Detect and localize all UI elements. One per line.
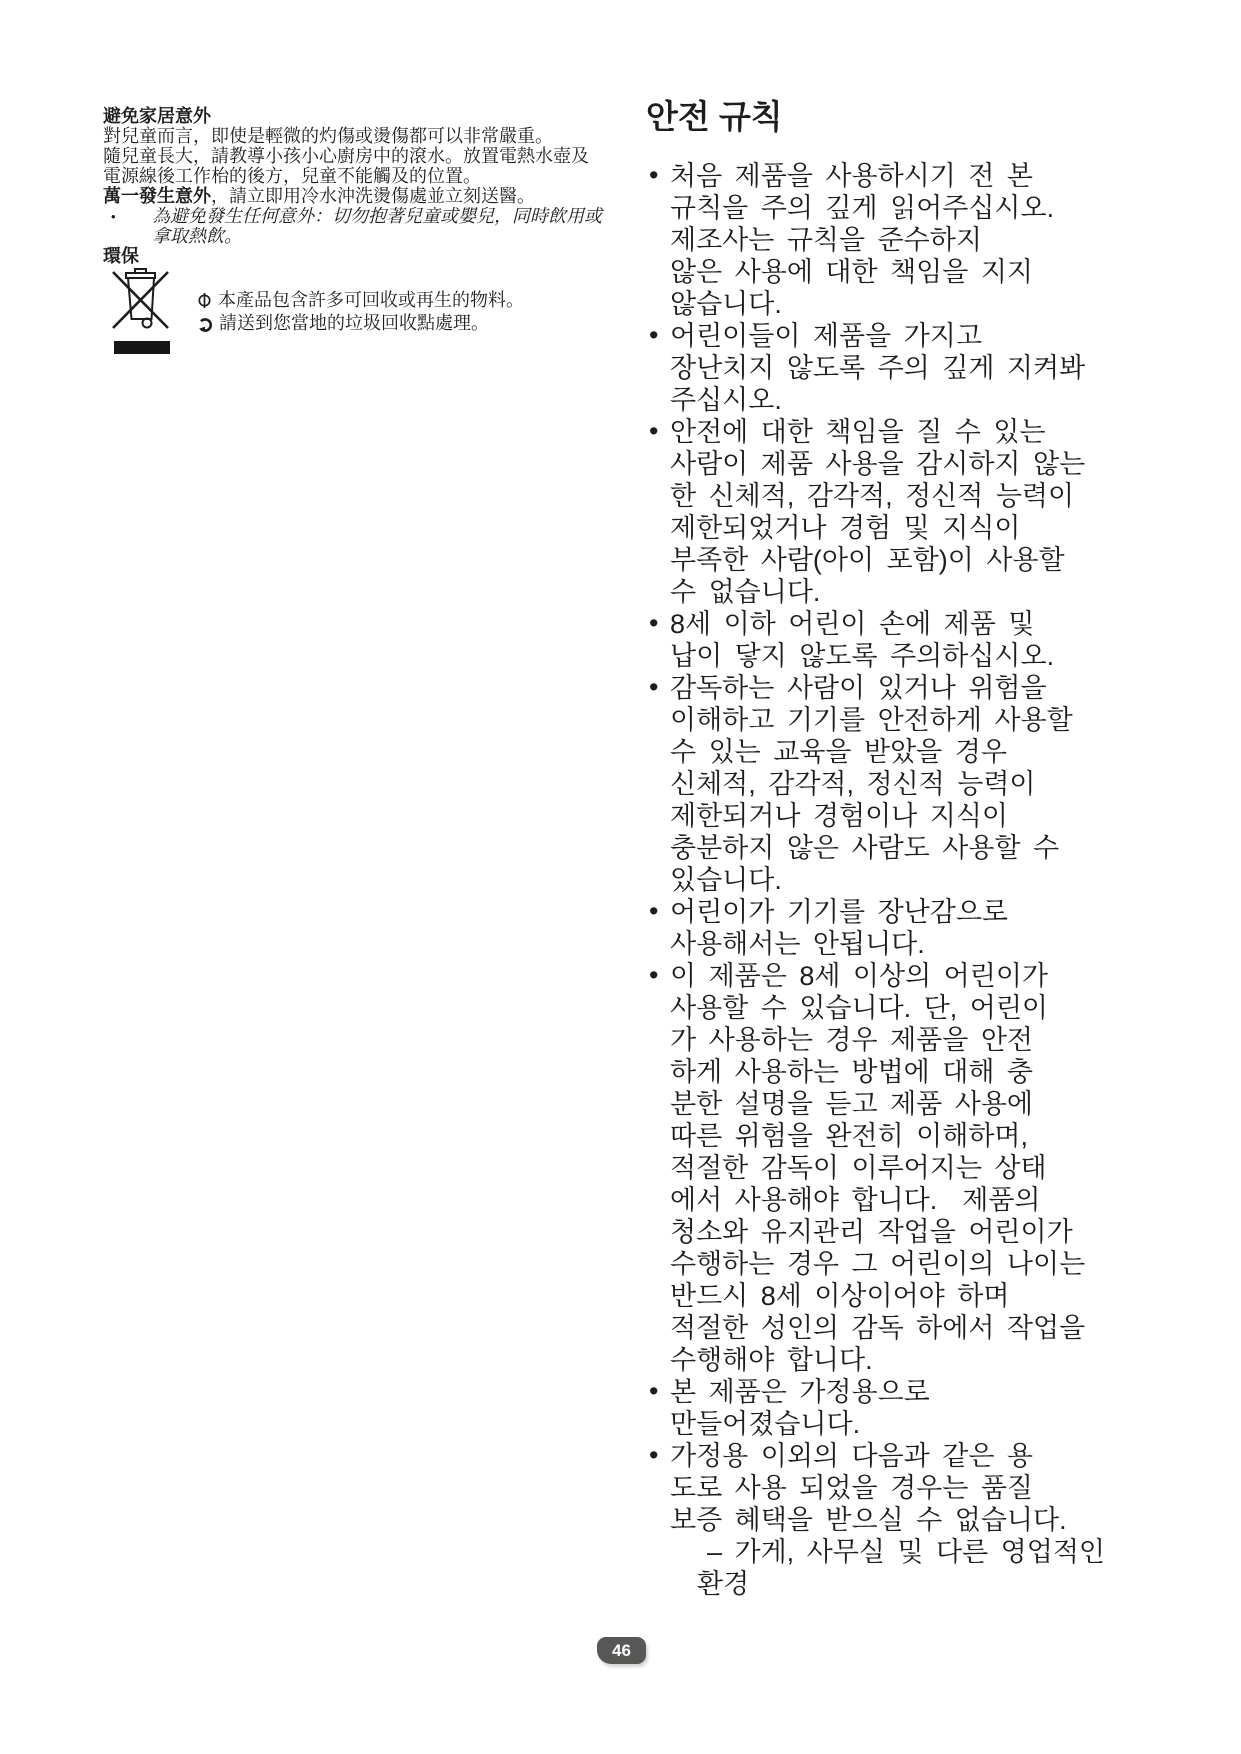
korean-line-text: 8세 이하 어린이 손에 제품 및 (670, 609, 1034, 639)
korean-text-line: 보증 혜택을 받으실 수 없습니다. (670, 1504, 1142, 1536)
korean-line-text: 적절한 성인의 감독 하에서 작업을 (670, 1313, 1085, 1343)
bullet-marker: • (649, 959, 658, 991)
korean-line-text: 따른 위험을 완전히 이해하며, (670, 1121, 1028, 1151)
heading-environment: 環保 (103, 246, 618, 267)
korean-text-line: •어린이들이 제품을 가지고 (670, 320, 1142, 352)
korean-line-text: 보증 혜택을 받으실 수 없습니다. (670, 1505, 1067, 1535)
eco-line-2: 請送到您當地的垃圾回收點處理。 (178, 293, 489, 353)
korean-text-line: – 가게, 사무실 및 다른 영업적인 (670, 1536, 1142, 1568)
korean-text-line: 한 신체적, 감각적, 정신적 능력이 (670, 480, 1142, 512)
heading-avoid-household-accidents: 避免家居意外 (103, 106, 618, 127)
korean-line-text: 제한되거나 경험이나 지식이 (670, 801, 1008, 831)
korean-line-text: 적절한 감독이 이루어지는 상태 (670, 1153, 1047, 1183)
korean-text-line: 사람이 제품 사용을 감시하지 않는 (670, 448, 1142, 480)
korean-text-line: 도로 사용 되었을 경우는 품질 (670, 1472, 1142, 1504)
korean-text-line: 따른 위험을 완전히 이해하며, (670, 1120, 1142, 1152)
korean-line-text: 청소와 유지관리 작업을 어린이가 (670, 1217, 1073, 1247)
korean-text-line: 수 있는 교육을 받았을 경우 (670, 736, 1142, 768)
chinese-italic-line: 拿取熱飲。 (103, 227, 618, 247)
korean-text-line: 사용할 수 있습니다. 단, 어린이 (670, 992, 1142, 1024)
korean-line-text: 가정용 이외의 다음과 같은 용 (670, 1441, 1033, 1471)
heading-safety-rules: 안전 규칙 (646, 99, 783, 135)
korean-text-line: 납이 닿지 않도록 주의하십시오. (670, 640, 1142, 672)
korean-text-line: 이해하고 기기를 안전하게 사용할 (670, 704, 1142, 736)
korean-text-line: 만들어졌습니다. (670, 1408, 1142, 1440)
bullet-marker: • (649, 895, 658, 927)
korean-line-text: 하게 사용하는 방법에 대해 충 (670, 1057, 1033, 1087)
chinese-bullet-item: • 為避免發生任何意外：切勿抱著兒童或嬰兒，同時飲用或 拿取熱飲。 (103, 207, 618, 247)
korean-text-line: •어린이가 기기를 장난감으로 (670, 896, 1142, 928)
korean-line-text: 수행하는 경우 그 어린이의 나이는 (670, 1249, 1085, 1279)
korean-text-line: 제한되었거나 경험 및 지식이 (670, 512, 1142, 544)
bullet-marker: • (649, 415, 658, 447)
korean-text-line: 주십시오. (670, 384, 1142, 416)
weee-black-bar-icon (114, 341, 170, 354)
korean-text-line: 있습니다. (670, 864, 1142, 896)
korean-text-line: 하게 사용하는 방법에 대해 충 (670, 1056, 1142, 1088)
korean-line-text: 주십시오. (670, 385, 782, 415)
korean-line-text: 않은 사용에 대한 책임을 지지 (670, 257, 1033, 287)
chinese-text-line: 電源線後工作枱的後方，兒童不能觸及的位置。 (103, 167, 618, 187)
korean-text-line: 적절한 성인의 감독 하에서 작업을 (670, 1312, 1142, 1344)
korean-column: •처음 제품을 사용하시기 전 본규칙을 주의 깊게 읽어주십시오.제조사는 규… (670, 160, 1142, 1600)
korean-text-line: •처음 제품을 사용하시기 전 본 (670, 160, 1142, 192)
korean-text-line: •안전에 대한 책임을 질 수 있는 (670, 416, 1142, 448)
bullet-marker: • (649, 607, 658, 639)
korean-line-text: 수 없습니다. (670, 577, 820, 607)
chinese-line-text: 電源線後工作枱的後方，兒童不能觸及的位置。 (103, 166, 481, 186)
chinese-line-text: 對兒童而言，即使是輕微的灼傷或燙傷都可以非常嚴重。 (103, 126, 553, 146)
weee-crossed-bin-icon (111, 266, 171, 332)
korean-text-line: 충분하지 않은 사람도 사용할 수 (670, 832, 1142, 864)
korean-text-line: •이 제품은 8세 이상의 어린이가 (670, 960, 1142, 992)
bullet-marker: • (649, 319, 658, 351)
korean-line-text: 본 제품은 가정용으로 (670, 1377, 930, 1407)
korean-text-line: 않습니다. (670, 288, 1142, 320)
korean-line-text: 장난치지 않도록 주의 깊게 지켜봐 (670, 353, 1085, 383)
chinese-text-line: 隨兒童長大，請教導小孩小心廚房中的滾水。放置電熱水壺及 (103, 147, 618, 167)
korean-line-text: 이 제품은 8세 이상의 어린이가 (670, 961, 1048, 991)
korean-text-line: 제조사는 규칙을 준수하지 (670, 224, 1142, 256)
korean-line-text: 가 사용하는 경우 제품을 안전 (670, 1025, 1033, 1055)
korean-line-text: 이해하고 기기를 안전하게 사용할 (670, 705, 1073, 735)
korean-line-text: 규칙을 주의 깊게 읽어주십시오. (670, 193, 1054, 223)
korean-text-line: 제한되거나 경험이나 지식이 (670, 800, 1142, 832)
bullet-marker: • (649, 159, 658, 191)
korean-line-text: 어린이들이 제품을 가지고 (670, 321, 982, 351)
korean-line-text: 에서 사용해야 합니다. 제품의 (670, 1185, 1041, 1215)
bullet-marker: • (649, 1375, 658, 1407)
korean-line-text: 수행해야 합니다. (670, 1345, 873, 1375)
korean-line-text: 수 있는 교육을 받았을 경우 (670, 737, 1007, 767)
chinese-column: 避免家居意外 對兒童而言，即使是輕微的灼傷或燙傷都可以非常嚴重。隨兒童長大，請教… (103, 106, 618, 267)
korean-text-line: 적절한 감독이 이루어지는 상태 (670, 1152, 1142, 1184)
korean-text-line: 수행하는 경우 그 어린이의 나이는 (670, 1248, 1142, 1280)
korean-line-text: 반드시 8세 이상이어야 하며 (670, 1281, 1009, 1311)
korean-line-text: 있습니다. (670, 865, 782, 895)
korean-line-text: – 가게, 사무실 및 다른 영업적인 (707, 1537, 1105, 1567)
korean-line-text: 납이 닿지 않도록 주의하십시오. (670, 641, 1054, 671)
korean-text-line: 가 사용하는 경우 제품을 안전 (670, 1024, 1142, 1056)
korean-line-text: 환경 (697, 1569, 749, 1599)
korean-line-text: 사용해서는 안됩니다. (670, 929, 925, 959)
korean-text-line: 수 없습니다. (670, 576, 1142, 608)
bullet-marker: • (649, 1439, 658, 1471)
chinese-italic-line: 為避免發生任何意外：切勿抱著兒童或嬰兒，同時飲用或 (103, 207, 618, 227)
korean-line-text: 제한되었거나 경험 및 지식이 (670, 513, 1021, 543)
korean-text-line: 않은 사용에 대한 책임을 지지 (670, 256, 1142, 288)
korean-text-line: 장난치지 않도록 주의 깊게 지켜봐 (670, 352, 1142, 384)
korean-line-text: 신체적, 감각적, 정신적 능력이 (670, 769, 1036, 799)
korean-line-text: 않습니다. (670, 289, 782, 319)
chinese-text-line: 對兒童而言，即使是輕微的灼傷或燙傷都可以非常嚴重。 (103, 127, 618, 147)
korean-text-line: 부족한 사람(아이 포함)이 사용할 (670, 544, 1142, 576)
page-number: 46 (612, 1641, 631, 1661)
eco-text: 請送到您當地的垃圾回收點處理。 (219, 313, 489, 333)
korean-line-text: 충분하지 않은 사람도 사용할 수 (670, 833, 1059, 863)
korean-text-line: 신체적, 감각적, 정신적 능력이 (670, 768, 1142, 800)
korean-text-line: •가정용 이외의 다음과 같은 용 (670, 1440, 1142, 1472)
bullet-marker: • (649, 671, 658, 703)
korean-line-text: 한 신체적, 감각적, 정신적 능력이 (670, 481, 1074, 511)
korean-line-text: 분한 설명을 듣고 제품 사용에 (670, 1089, 1033, 1119)
korean-text-line: 청소와 유지관리 작업을 어린이가 (670, 1216, 1142, 1248)
chinese-line-text: ，請立即用冷水沖洗燙傷處並立刻送醫。 (211, 186, 535, 206)
korean-text-line: 에서 사용해야 합니다. 제품의 (670, 1184, 1142, 1216)
bullet-marker: • (111, 209, 116, 224)
korean-line-text: 만들어졌습니다. (670, 1409, 860, 1439)
korean-line-text: 사람이 제품 사용을 감시하지 않는 (670, 449, 1085, 479)
chinese-line-text: 隨兒童長大，請教導小孩小心廚房中的滾水。放置電熱水壺及 (103, 146, 589, 166)
korean-text-line: 규칙을 주의 깊게 읽어주십시오. (670, 192, 1142, 224)
korean-text-line: 분한 설명을 듣고 제품 사용에 (670, 1088, 1142, 1120)
bold-lead-text: 萬一發生意外 (103, 186, 211, 206)
chinese-paragraph: 對兒童而言，即使是輕微的灼傷或燙傷都可以非常嚴重。隨兒童長大，請教導小孩小心廚房… (103, 127, 618, 207)
korean-text-line: 환경 (670, 1568, 1142, 1600)
korean-line-text: 도로 사용 되었을 경우는 품질 (670, 1473, 1033, 1503)
korean-text-line: •8세 이하 어린이 손에 제품 및 (670, 608, 1142, 640)
manual-page: 避免家居意外 對兒童而言，即使是輕微的灼傷或燙傷都可以非常嚴重。隨兒童長大，請教… (0, 0, 1241, 1754)
korean-text-line: •감독하는 사람이 있거나 위험을 (670, 672, 1142, 704)
korean-text-line: 사용해서는 안됩니다. (670, 928, 1142, 960)
korean-line-text: 어린이가 기기를 장난감으로 (670, 897, 1008, 927)
korean-line-text: 부족한 사람(아이 포함)이 사용할 (670, 545, 1065, 575)
page-number-badge: 46 (597, 1637, 646, 1664)
korean-line-text: 안전에 대한 책임을 질 수 있는 (670, 417, 1046, 447)
korean-line-text: 제조사는 규칙을 준수하지 (670, 225, 982, 255)
chinese-text-line: 萬一發生意外，請立即用冷水沖洗燙傷處並立刻送醫。 (103, 187, 618, 207)
korean-text-line: •본 제품은 가정용으로 (670, 1376, 1142, 1408)
korean-line-text: 감독하는 사람이 있거나 위험을 (670, 673, 1047, 703)
korean-line-text: 처음 제품을 사용하시기 전 본 (670, 161, 1033, 191)
korean-text-line: 수행해야 합니다. (670, 1344, 1142, 1376)
recycle-arrow-icon (198, 318, 212, 332)
korean-line-text: 사용할 수 있습니다. 단, 어린이 (670, 993, 1048, 1023)
korean-text-line: 반드시 8세 이상이어야 하며 (670, 1280, 1142, 1312)
